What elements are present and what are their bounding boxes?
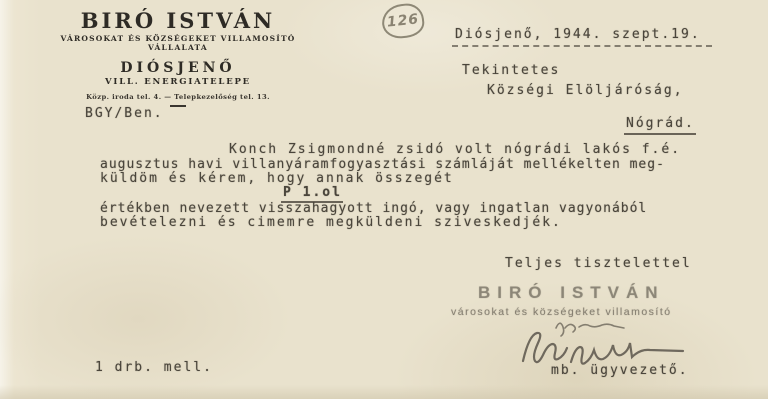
letterhead-department: VILL. ENERGIATELEPE bbox=[42, 77, 314, 87]
body-line-1: Konch Zsigmondné zsidó volt nógrádi lakó… bbox=[229, 142, 681, 157]
body-line-5: értékben nevezett visszahagyott ingó, va… bbox=[100, 201, 647, 216]
letterhead-company-name: BIRÓ ISTVÁN bbox=[42, 10, 314, 32]
body-line-3: küldöm és kérem, hogy annak összegét bbox=[100, 171, 454, 186]
body-line-2: augusztus havi villanyáramfogyasztási sz… bbox=[100, 157, 665, 172]
amount-value: P 1.ol bbox=[283, 185, 342, 200]
letterhead-place: DIÓSJENŐ bbox=[42, 61, 314, 76]
date-line: Diósjenő, 1944. szept.19. bbox=[455, 27, 701, 42]
letterhead: BIRÓ ISTVÁN VÁROSOKAT ÉS KÖZSÉGEKET VILL… bbox=[42, 10, 314, 107]
letterhead-subtitle-2: VÁLLALATA bbox=[42, 43, 314, 52]
page-number: 126 bbox=[386, 11, 420, 30]
letterhead-phones: Közp. iroda tel. 4. — Telepkezelőség tel… bbox=[42, 93, 314, 101]
scanned-letter-page: BIRÓ ISTVÁN VÁROSOKAT ÉS KÖZSÉGEKET VILL… bbox=[0, 0, 768, 399]
reference-code: BGY/Ben. bbox=[85, 106, 164, 121]
recipient-place-underline bbox=[624, 133, 696, 135]
date-underline bbox=[452, 45, 712, 47]
letterhead-subtitle-1: VÁROSOKAT ÉS KÖZSÉGEKET VILLAMOSÍTÓ bbox=[42, 34, 314, 43]
enclosure-note: 1 drb. mell. bbox=[95, 360, 213, 375]
closing-salutation: Teljes tisztelettel bbox=[505, 256, 692, 271]
letterhead-divider bbox=[170, 105, 186, 107]
stamp-company-name: BIRÓ ISTVÁN bbox=[478, 283, 665, 303]
recipient-salutation: Tekintetes bbox=[462, 63, 560, 78]
signer-role: mb. ügyvezető. bbox=[551, 363, 689, 378]
page-number-stamp: 126 bbox=[380, 2, 425, 40]
recipient-name: Községi Elöljáróság, bbox=[487, 83, 684, 98]
body-line-6: bevételezni és cimemre megküldeni szives… bbox=[100, 215, 562, 230]
recipient-place: Nógrád. bbox=[626, 116, 695, 131]
handwritten-note bbox=[556, 323, 624, 336]
